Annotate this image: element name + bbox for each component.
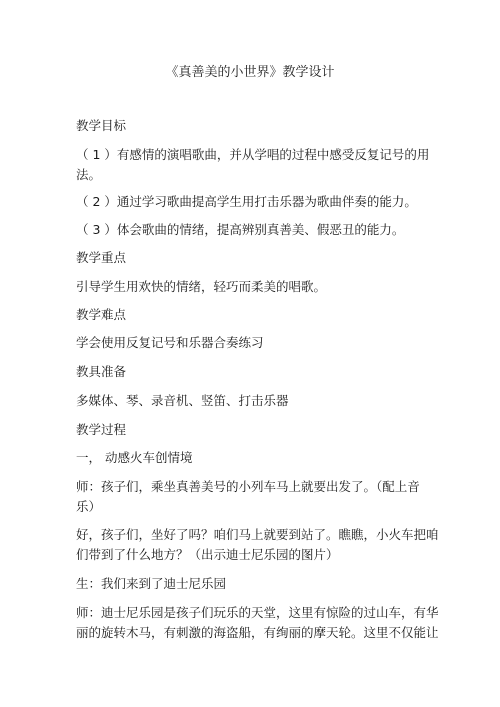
text-line: 一， 动感火车创情境 xyxy=(76,448,426,468)
text-line: （ 3 ）体会歌曲的情绪，提高辨别真善美、假恶丑的能力。 xyxy=(76,220,426,240)
text-line: 教学难点 xyxy=(76,305,426,325)
text-line: （ 2 ）通过学习歌曲提高学生用打击乐器为歌曲伴奏的能力。 xyxy=(76,192,426,212)
text-line: 学会使用反复记号和乐器合奏练习 xyxy=(76,333,426,353)
text-line: 乐） xyxy=(76,497,426,517)
text-line: 教学目标 xyxy=(76,116,426,136)
text-line: 教具准备 xyxy=(76,362,426,382)
text-line: 师：迪士尼乐园是孩子们玩乐的天堂，这里有惊险的过山车，有华 xyxy=(76,603,426,623)
text-line: 引导学生用欢快的情绪，轻巧而柔美的唱歌。 xyxy=(76,277,426,297)
text-line: 生：我们来到了迪士尼乐园 xyxy=(76,574,426,594)
text-line: 师：孩子们，乘坐真善美号的小列车马上就要出发了。（配上音 xyxy=(76,477,426,497)
text-line: 好，孩子们，坐好了吗？咱们马上就要到站了。瞧瞧，小火车把咱 xyxy=(76,525,426,545)
text-line: 丽的旋转木马，有刺激的海盗船，有绚丽的摩天轮。这里不仅能让 xyxy=(76,623,426,643)
text-line: 教学过程 xyxy=(76,420,426,440)
text-line: 们带到了什么地方？（出示迪士尼乐园的图片） xyxy=(76,545,426,565)
document-title: 《真善美的小世界》教学设计 xyxy=(0,64,500,82)
text-line: 法。 xyxy=(76,165,426,185)
document-page: 《真善美的小世界》教学设计 教学目标（ 1 ）有感情的演唱歌曲，并从学唱的过程中… xyxy=(0,0,500,707)
text-line: 多媒体、琴、录音机、竖笛、打击乐器 xyxy=(76,391,426,411)
text-line: （ 1 ）有感情的演唱歌曲，并从学唱的过程中感受反复记号的用 xyxy=(76,145,426,165)
text-line: 教学重点 xyxy=(76,248,426,268)
